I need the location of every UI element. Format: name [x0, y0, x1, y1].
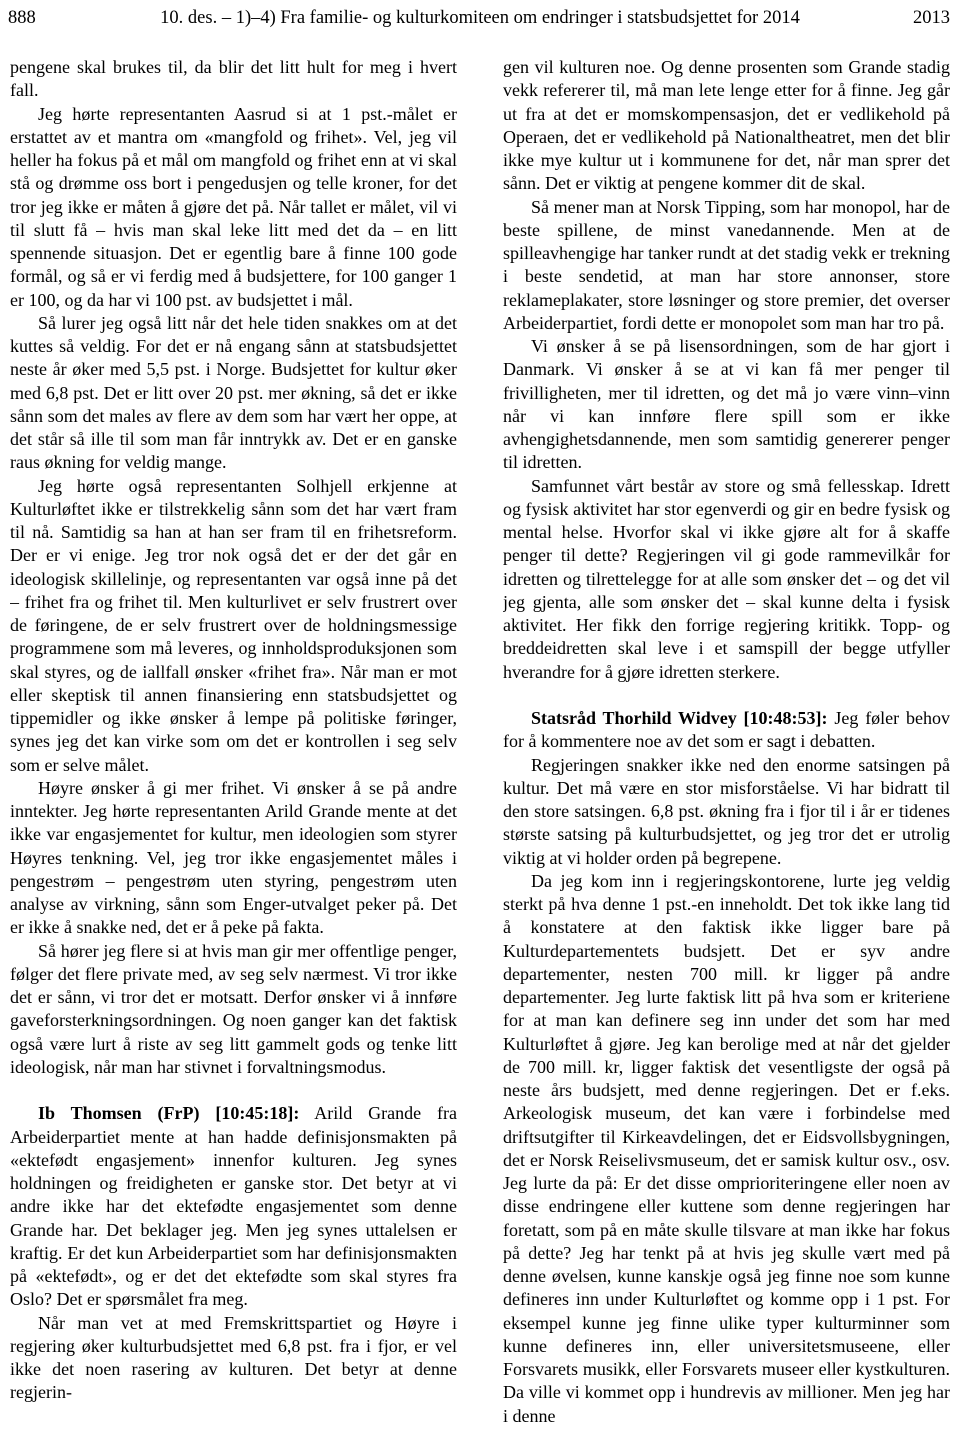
speaker-name: Ib Thomsen (FrP) [10:45:18]: [38, 1103, 299, 1123]
paragraph: Så hører jeg flere si at hvis man gir me… [10, 940, 457, 1080]
left-column: pengene skal brukes til, da blir det lit… [10, 56, 457, 1436]
paragraph: Samfunnet vårt består av store og små fe… [503, 475, 950, 684]
paragraph: Da jeg kom inn i regjeringskontorene, lu… [503, 870, 950, 1428]
document-page: 888 10. des. – 1)–4) Fra familie- og kul… [0, 0, 960, 1436]
paragraph: Så lurer jeg også litt når det hele tide… [10, 312, 457, 475]
page-year: 2013 [913, 6, 950, 30]
page-title: 10. des. – 1)–4) Fra familie- og kulturk… [60, 6, 900, 30]
page-header: 888 10. des. – 1)–4) Fra familie- og kul… [0, 6, 960, 30]
paragraph: Vi ønsker å se på lisensordningen, som d… [503, 335, 950, 475]
speech-paragraph: Statsråd Thorhild Widvey [10:48:53]: Jeg… [503, 707, 950, 754]
paragraph: gen vil kulturen noe. Og denne prosenten… [503, 56, 950, 196]
paragraph: Jeg hørte representanten Aasrud si at 1 … [10, 103, 457, 312]
paragraph: Jeg hørte også representanten Solhjell e… [10, 475, 457, 777]
paragraph: Så mener man at Norsk Tipping, som har m… [503, 196, 950, 336]
paragraph: Høyre ønsker å gi mer frihet. Vi ønsker … [10, 777, 457, 940]
paragraph: pengene skal brukes til, da blir det lit… [10, 56, 457, 103]
text-columns: pengene skal brukes til, da blir det lit… [0, 56, 960, 1436]
page-number: 888 [8, 6, 36, 30]
paragraph: Når man vet at med Fremskrittspartiet og… [10, 1312, 457, 1405]
speech-paragraph: Ib Thomsen (FrP) [10:45:18]: Arild Grand… [10, 1102, 457, 1311]
right-column: gen vil kulturen noe. Og denne prosenten… [503, 56, 950, 1436]
speaker-name: Statsråd Thorhild Widvey [10:48:53]: [531, 708, 828, 728]
paragraph: Regjeringen snakker ikke ned den enorme … [503, 754, 950, 870]
